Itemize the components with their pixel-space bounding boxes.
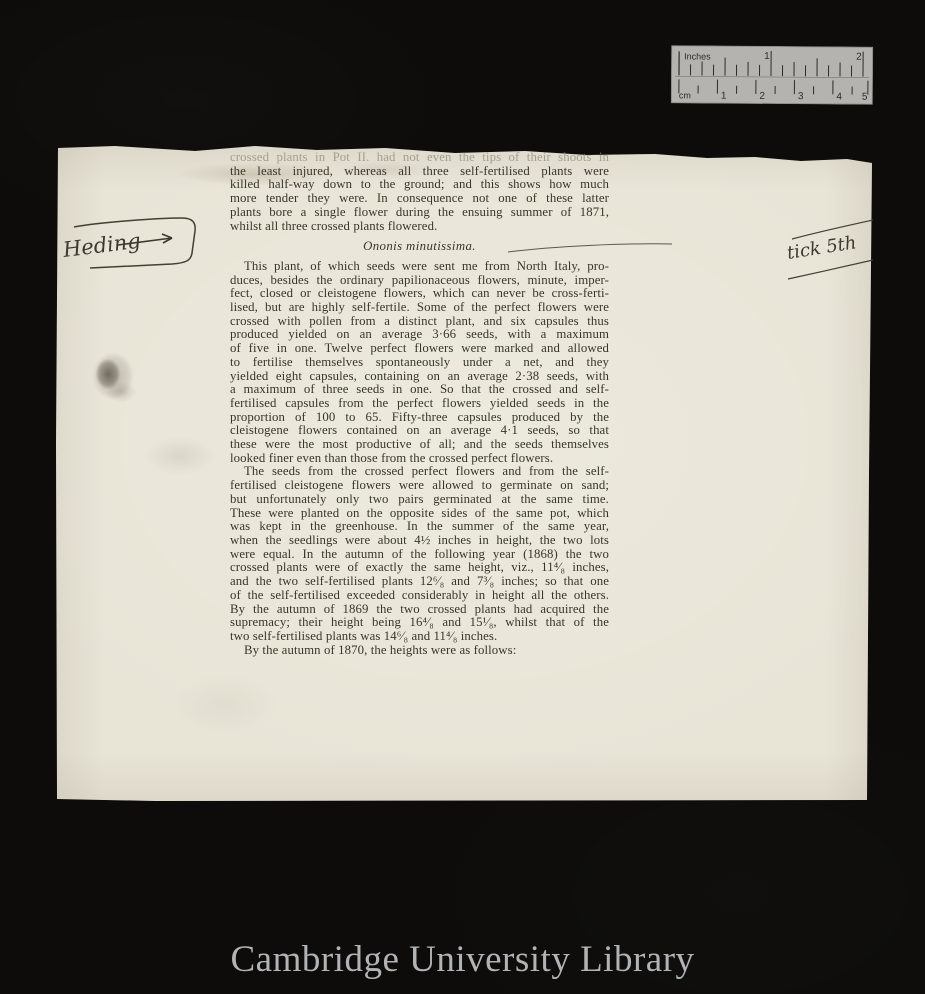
printed-text-line: lised, but are highly self-fertile. Some… — [230, 301, 609, 315]
printed-text-line: whilst all three crossed plants flowered… — [230, 220, 609, 234]
handwritten-note-left: Heding — [60, 210, 212, 274]
printed-text-line: This plant, of which seeds were sent me … — [230, 260, 609, 274]
cm-number-1: 1 — [721, 91, 727, 102]
ruler-cm-label: cm — [679, 90, 691, 100]
printed-text-line: cleistogene flowers contained on an aver… — [230, 424, 609, 438]
printed-text-line: when the seedlings were about 4½ inches … — [230, 534, 609, 548]
printed-text-line: yielded eight capsules, containing on an… — [230, 370, 609, 384]
cm-number-5: 5 — [862, 92, 868, 103]
printed-text-line: of the self-fertilised exceeded consider… — [230, 589, 609, 603]
ruler-inches-label: Inches — [684, 51, 711, 61]
handwritten-note-right: tick 5th — [786, 203, 874, 285]
printed-text-line: more tender they were. In consequence no… — [230, 192, 609, 206]
cm-number-3: 3 — [798, 91, 804, 102]
printed-text-line: The seeds from the crossed perfect flowe… — [230, 465, 609, 479]
printed-text-line: supremacy; their height being 16⁴⁄₈ and … — [230, 616, 609, 630]
cm-number-4: 4 — [836, 91, 842, 102]
printed-text-line: looked finer even than those from the cr… — [230, 452, 609, 466]
printed-text-line: of five in one. Twelve perfect flowers w… — [230, 342, 609, 356]
left-note-text: Heding — [61, 229, 142, 262]
inch-number-2: 2 — [856, 52, 862, 63]
printed-text-line: was kept in the greenhouse. In the summe… — [230, 520, 609, 534]
cm-number-2: 2 — [759, 91, 765, 102]
pencil-stroke — [506, 241, 674, 253]
printed-text-line: two self-fertilised plants was 14⁶⁄₈ and… — [230, 630, 609, 644]
printed-text-line: proportion of 100 to 65. Fifty-three cap… — [230, 411, 609, 425]
printed-text-line: fertilised cleistogene flowers were allo… — [230, 479, 609, 493]
printed-text-line: the least injured, whereas all three sel… — [230, 165, 609, 179]
printed-text-line: fect, closed or cleistogene flowers, whi… — [230, 287, 609, 301]
right-note-text: tick 5th — [786, 232, 858, 264]
measurement-ruler: Inches 1 2 cm 1 2 3 4 5 — [671, 45, 873, 104]
printed-text-line: a maximum of three seeds in one. So that… — [230, 383, 609, 397]
printed-text-line: fertilised capsules from the perfect flo… — [230, 397, 609, 411]
inch-number-1: 1 — [764, 51, 770, 62]
printed-text-line: crossed with pollen from a distinct plan… — [230, 315, 609, 329]
printed-text-line: By the autumn of 1869 the two crossed pl… — [230, 603, 609, 617]
printed-text-line: to fertilise themselves spontaneously un… — [230, 356, 609, 370]
printed-text-line: these were the most productive of all; a… — [230, 438, 609, 452]
printed-text-line: crossed plants in Pot II. had not even t… — [230, 151, 609, 165]
printed-text-line: duces, besides the ordinary papilionaceo… — [230, 274, 609, 288]
printed-text-line: but unfortunately only two pairs germina… — [230, 493, 609, 507]
note-curve-bottom — [788, 260, 873, 279]
printed-text-line: and the two self-fertilised plants 12⁶⁄₈… — [230, 575, 609, 589]
printed-text-block: crossed plants in Pot II. had not even t… — [230, 151, 609, 657]
printed-text-line: crossed plants were of exactly the same … — [230, 561, 609, 575]
printed-text-line: killed half-way down to the ground; and … — [230, 178, 609, 192]
printed-text-line: These were planted on the opposite sides… — [230, 507, 609, 521]
scan-viewer: { "colors": { "background": "#0d0c0a", "… — [0, 0, 925, 994]
ruler-graphic: Inches 1 2 cm 1 2 3 4 5 — [671, 45, 873, 104]
printed-text-line: were equal. In the autumn of the followi… — [230, 548, 609, 562]
printed-text-line: By the autumn of 1870, the heights were … — [230, 644, 609, 658]
library-watermark: Cambridge University Library — [0, 938, 925, 981]
printed-text-line: produced yielded on an average 3·66 seed… — [230, 328, 609, 342]
printed-text-line: plants bore a single flower during the e… — [230, 206, 609, 220]
